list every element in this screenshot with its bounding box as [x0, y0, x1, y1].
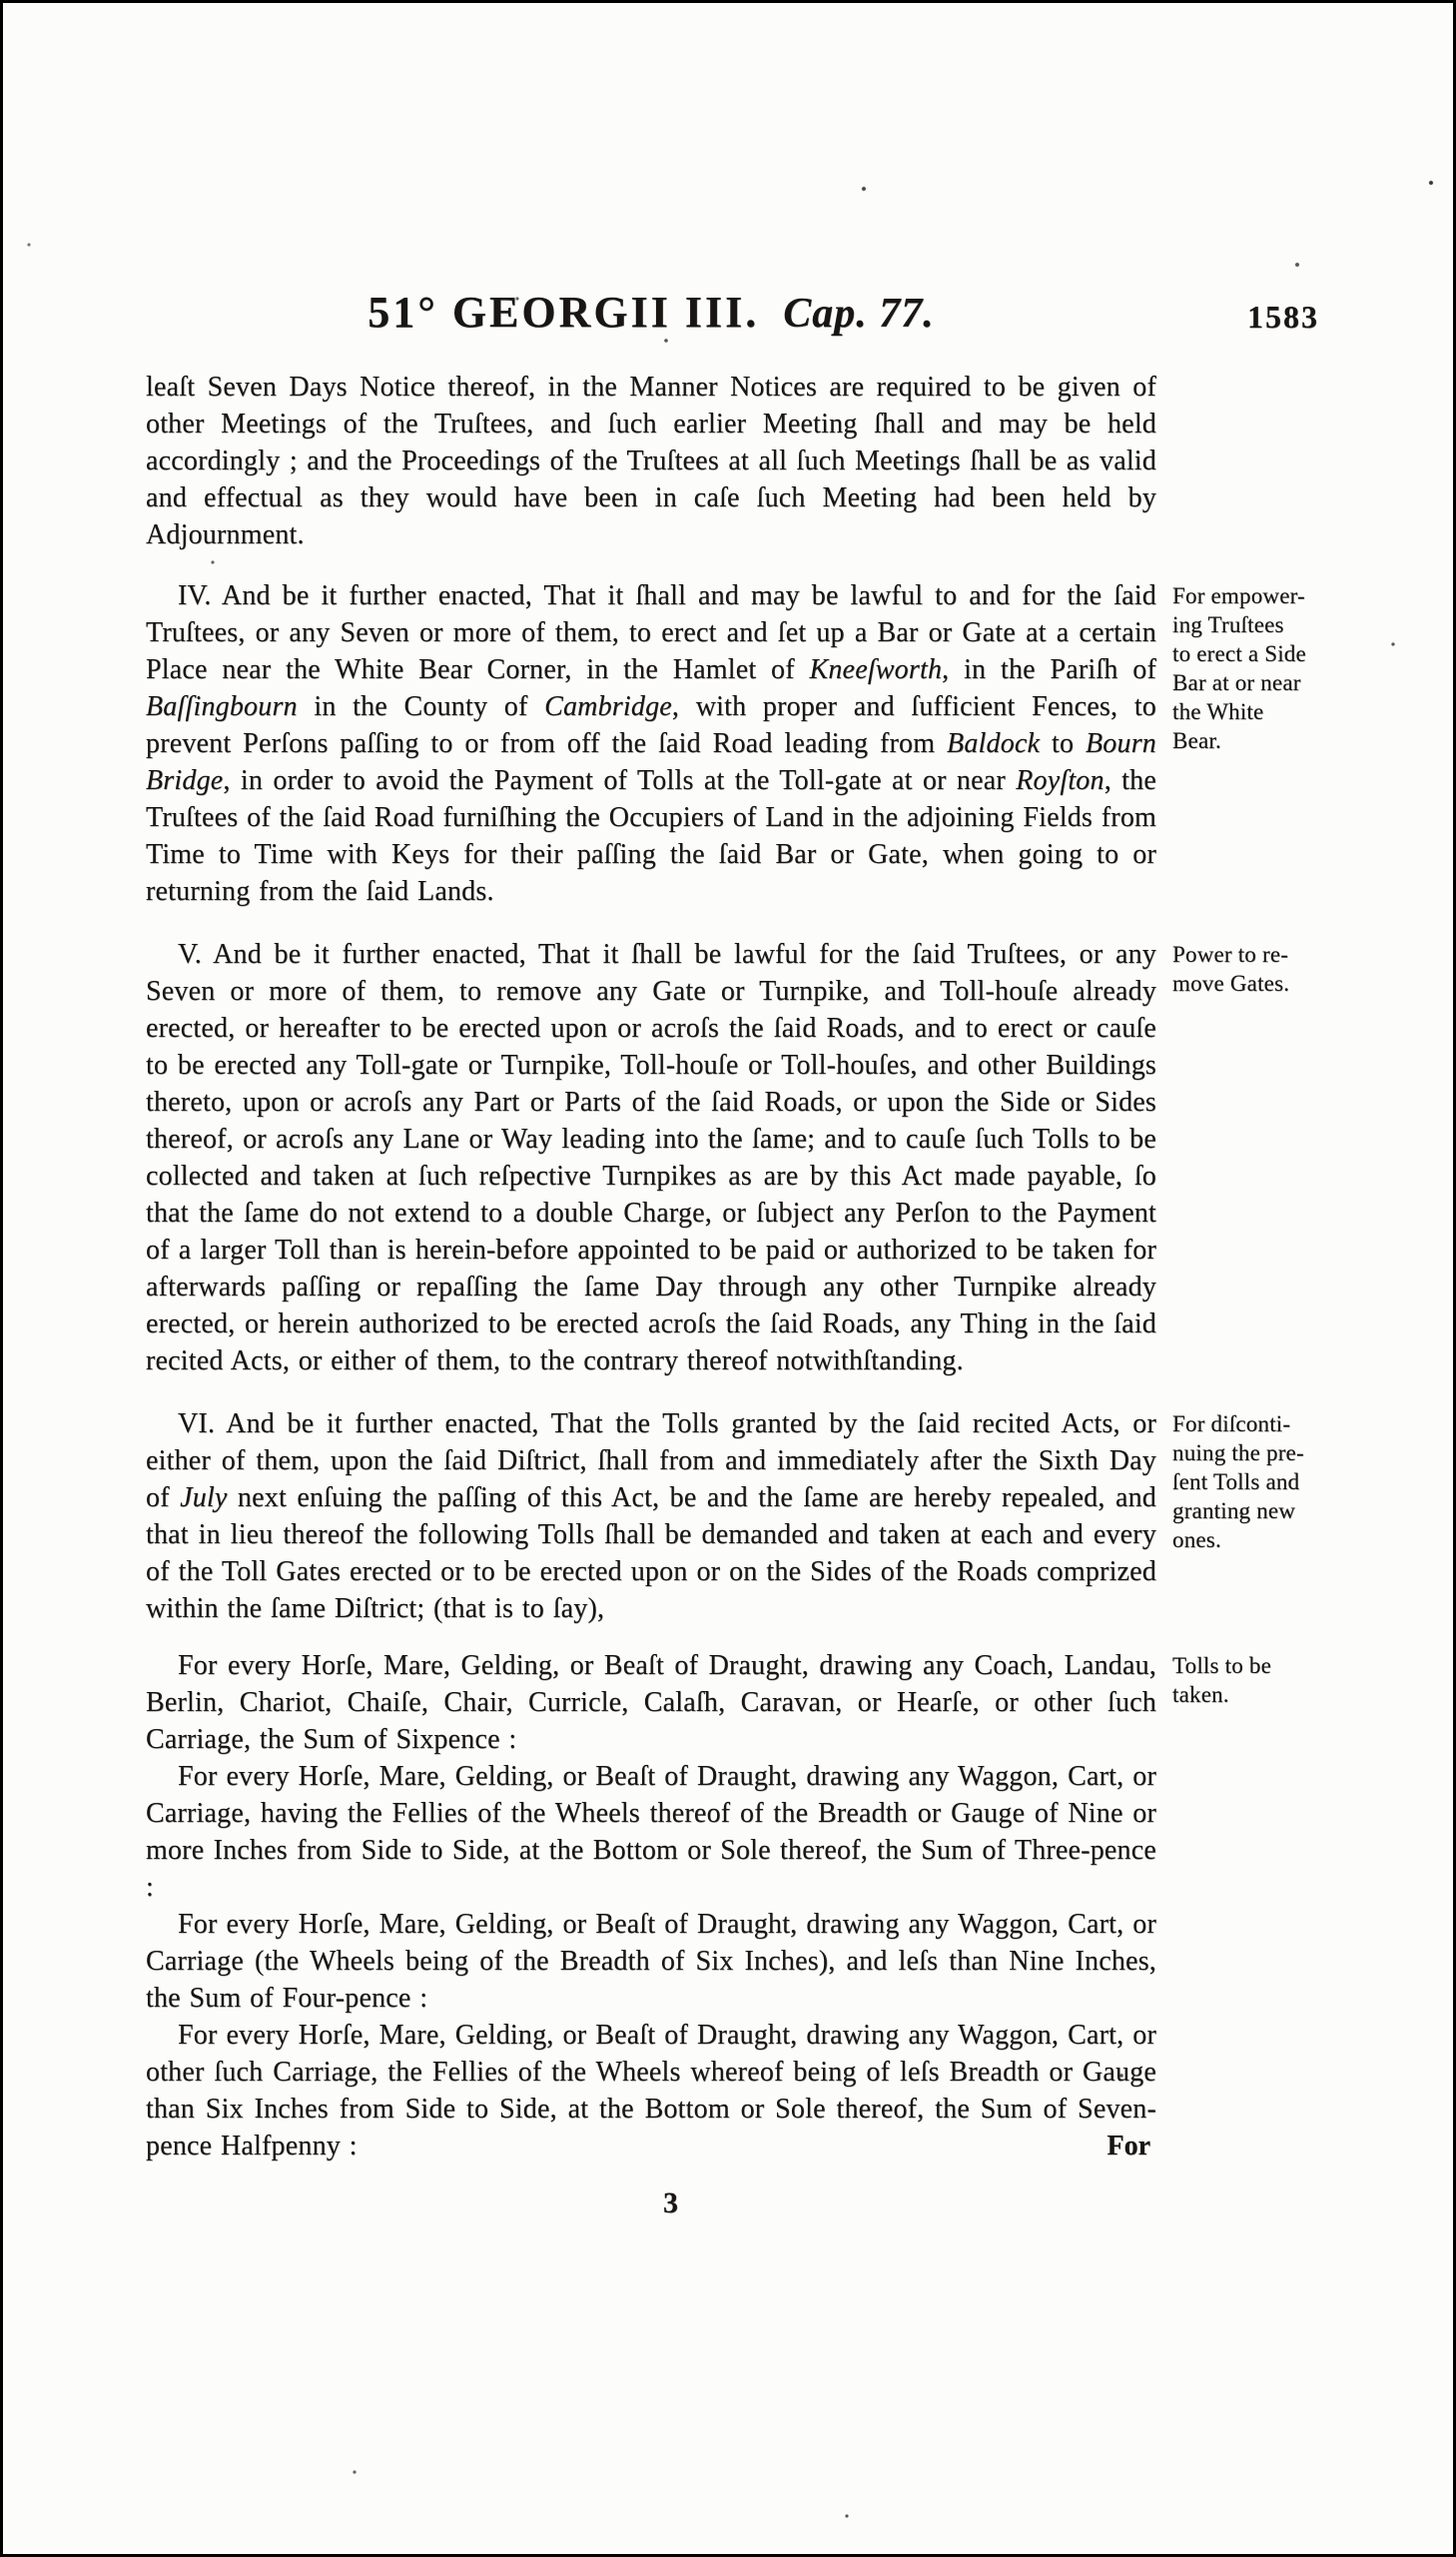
- regnal-year-title: 51° GEORGII III.: [367, 288, 759, 337]
- section-continuation: leaſt Seven Days Notice thereof, in the …: [146, 369, 1344, 553]
- section-paragraph: For every Horſe, Mare, Gelding, or Beaſt…: [146, 2017, 1156, 2164]
- page-header: 51° GEORGII III. Cap. 77.: [146, 291, 1156, 335]
- margin-note: [1172, 2017, 1344, 2021]
- margin-note: Tolls to be taken.: [1172, 1647, 1344, 1709]
- section-paragraph: VI. And be it further enacted, That the …: [146, 1405, 1156, 1627]
- margin-note: [1172, 369, 1344, 373]
- margin-note: [1172, 1758, 1344, 1762]
- catchword: For: [1106, 2128, 1150, 2164]
- section-v: V. And be it further enacted, That it ſh…: [146, 936, 1344, 1379]
- toll-clause-coach: For every Horſe, Mare, Gelding, or Beaſt…: [146, 1647, 1344, 1758]
- margin-note: For diſconti- nuing the pre- ſent Tolls …: [1172, 1405, 1344, 1554]
- toll-clause-six-inch: For every Horſe, Mare, Gelding, or Beaſt…: [146, 1906, 1344, 2017]
- signature-mark: 3: [663, 2186, 678, 2220]
- page-number: 1583: [1247, 301, 1319, 333]
- section-paragraph: For every Horſe, Mare, Gelding, or Beaſt…: [146, 1906, 1156, 2017]
- scanned-act-page: 51° GEORGII III. Cap. 77. 1583 leaſt Sev…: [0, 0, 1456, 2557]
- toll-clause-nine-inch: For every Horſe, Mare, Gelding, or Beaſt…: [146, 1758, 1344, 1906]
- section-vi: VI. And be it further enacted, That the …: [146, 1405, 1344, 1627]
- margin-note: For empower- ing Truſtees to erect a Sid…: [1172, 577, 1344, 755]
- section-paragraph: leaſt Seven Days Notice thereof, in the …: [146, 369, 1156, 553]
- chapter-number: Cap. 77.: [783, 291, 935, 337]
- section-paragraph: For every Horſe, Mare, Gelding, or Beaſt…: [146, 1758, 1156, 1906]
- toll-clause-under-six-inch: For every Horſe, Mare, Gelding, or Beaſt…: [146, 2017, 1344, 2164]
- margin-note: Power to re- move Gates.: [1172, 936, 1344, 998]
- section-paragraph: IV. And be it further enacted, That it ſ…: [146, 577, 1156, 910]
- margin-note: [1172, 1906, 1344, 1910]
- act-body: leaſt Seven Days Notice thereof, in the …: [146, 369, 1344, 2264]
- page-footer: 3 For: [146, 2164, 1156, 2264]
- section-iv: IV. And be it further enacted, That it ſ…: [146, 577, 1344, 910]
- section-paragraph: V. And be it further enacted, That it ſh…: [146, 936, 1156, 1379]
- section-paragraph: For every Horſe, Mare, Gelding, or Beaſt…: [146, 1647, 1156, 1758]
